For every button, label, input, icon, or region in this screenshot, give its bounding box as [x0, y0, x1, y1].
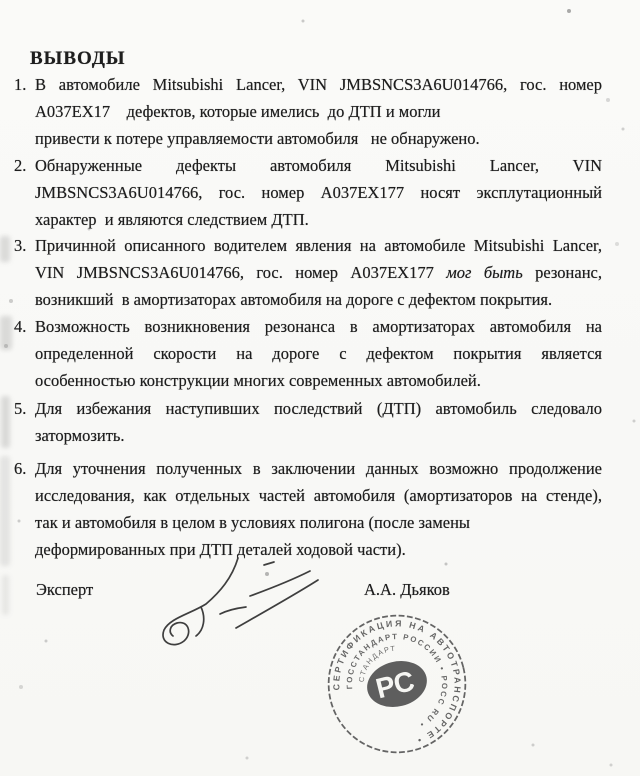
scan-smudge [0, 236, 10, 262]
conclusion-item-5: 5. Для избежания наступивших последствий… [14, 395, 606, 449]
text-line: особенностью конструкции многих современ… [35, 367, 602, 394]
text-segment: резонанс, [523, 263, 602, 282]
conclusion-item-1: 1. В автомобиле Mitsubishi Lancer, VIN J… [14, 71, 606, 152]
conclusion-item-3: 3. Причинной описанного водителем явлени… [14, 232, 606, 313]
text-line: JMBSNCS3A6U014766, гос. номер А037ЕХ177 … [35, 179, 602, 206]
text-line: возникший в амортизаторах автомобиля на … [35, 286, 602, 313]
text-line: А037ЕХ17 дефектов, которые имелись до ДТ… [35, 98, 602, 125]
item-number: 4. [14, 313, 34, 340]
handwritten-signature [146, 552, 326, 652]
text-line: Обнаруженные дефекты автомобиля Mitsubis… [35, 152, 602, 179]
text-line: Для уточнения полученных в заключении да… [35, 455, 602, 482]
text-line: VIN JMBSNCS3A6U014766, гос. номер А037ЕХ… [35, 259, 602, 286]
text-line: затормозить. [35, 422, 602, 449]
conclusion-item-2: 2. Обнаруженные дефекты автомобиля Mitsu… [14, 152, 606, 233]
expert-name: А.А. Дьяков [364, 580, 450, 600]
text-line: привести к потере управляемости автомоби… [35, 125, 602, 152]
text-line: Причинной описанного водителем явления н… [35, 232, 602, 259]
scan-smudge [0, 456, 10, 566]
text-line: так и автомобиля в целом в условиях поли… [35, 509, 602, 536]
conclusion-item-4: 4. Возможность возникновения резонанса в… [14, 313, 606, 394]
document-title: ВЫВОДЫ [30, 48, 126, 70]
item-number: 6. [14, 455, 34, 482]
certification-stamp: СЕРТИФИКАЦИЯ НА АВТОТРАНСПОРТЕ • ГОССТАН… [314, 601, 480, 767]
scan-smudge [2, 575, 9, 615]
expert-role-label: Эксперт [36, 580, 93, 600]
item-number: 2. [14, 152, 34, 179]
scanned-document-page: ВЫВОДЫ 1. В автомобиле Mitsubishi Lancer… [0, 0, 640, 776]
scan-smudge [1, 396, 10, 448]
text-line: исследования, как отдельных частей автом… [35, 482, 602, 509]
text-segment: VIN JMBSNCS3A6U014766, гос. номер А037ЕХ… [35, 263, 446, 282]
item-number: 3. [14, 232, 34, 259]
item-number: 5. [14, 395, 34, 422]
text-line: характер и являются следствием ДТП. [35, 206, 602, 233]
conclusion-item-6: 6. Для уточнения полученных в заключении… [14, 455, 606, 563]
text-line: В автомобиле Mitsubishi Lancer, VIN JMBS… [35, 71, 602, 98]
italic-text-segment: мог быть [446, 263, 523, 282]
paper-specks [0, 0, 2, 2]
item-number: 1. [14, 71, 34, 98]
text-line: Для избежания наступивших последствий (Д… [35, 395, 602, 422]
text-line: определенной скорости на дороге с дефект… [35, 340, 602, 367]
text-line: Возможность возникновения резонанса в ам… [35, 313, 602, 340]
scan-smudge [0, 316, 12, 350]
